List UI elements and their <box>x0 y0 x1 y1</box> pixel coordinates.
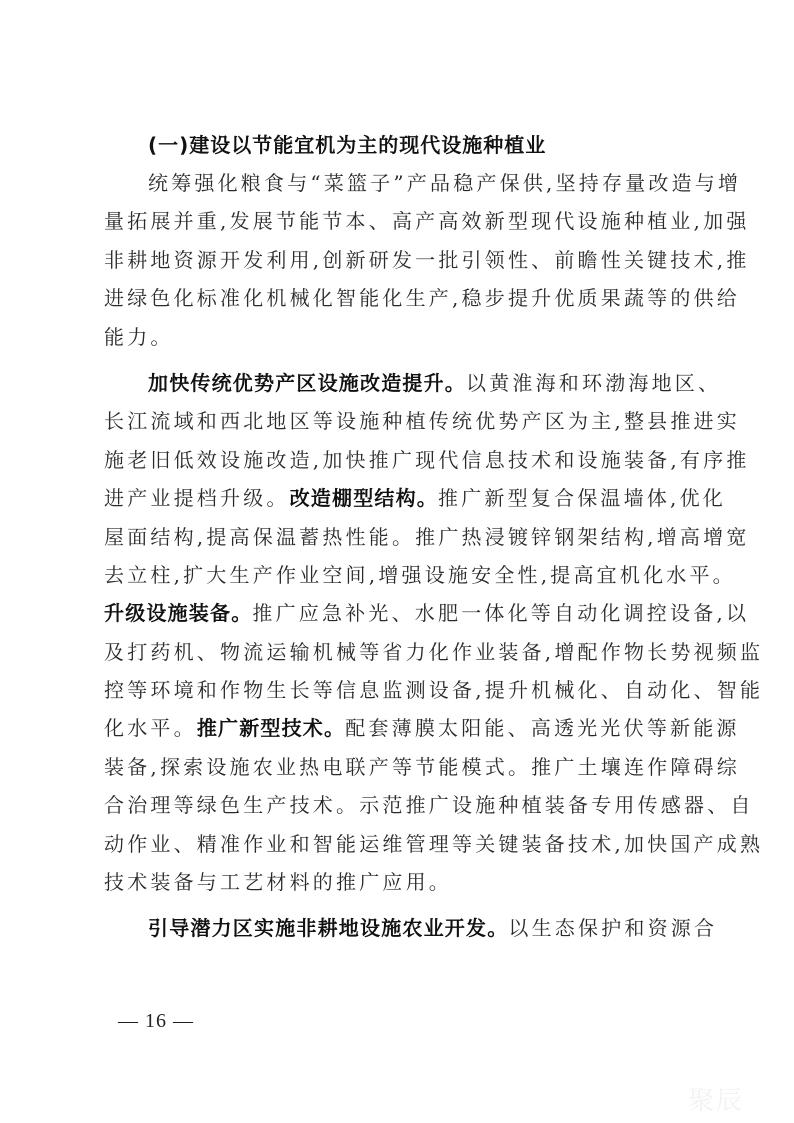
text-line: 非耕地资源开发利用,创新研发一批引领性、前瞻性关键技术,推 <box>104 241 692 279</box>
text-line: 装备,探索设施农业热电联产等节能模式。推广土壤连作障碍综 <box>104 748 692 786</box>
text-segment: 屋面结构,提高保温蓄热性能。推广热浸镀锌钢架结构,增高增宽 <box>104 525 750 549</box>
bold-lead-phrase: 改造棚型结构。 <box>290 486 438 510</box>
text-segment: 进产业提档升级。 <box>104 486 290 510</box>
text-segment: 装备,探索设施农业热电联产等节能模式。推广土壤连作障碍综 <box>104 755 740 779</box>
text-segment: 施老旧低效设施改造,加快推广现代信息技术和设施装备,有序推 <box>104 448 750 472</box>
text-segment: 量拓展并重,发展节能节本、高产高效新型现代设施种植业,加强 <box>104 209 750 233</box>
text-segment: 能力。 <box>104 325 174 349</box>
text-segment: 推广应急补光、水肥一体化等自动化调控设备,以 <box>252 601 749 625</box>
text-segment: 去立柱,扩大生产作业空间,增强设施安全性,提高宜机化水平。 <box>104 563 736 587</box>
text-segment: 化水平。 <box>104 716 197 740</box>
text-segment: 以生态保护和资源合 <box>508 916 717 940</box>
paragraph: 加快传统优势产区设施改造提升。以黄淮海和环渤海地区、长江流域和西北地区等设施种植… <box>104 364 692 901</box>
bold-lead-phrase: 加快传统优势产区设施改造提升。 <box>148 371 466 395</box>
page-number: — 16 — <box>118 1010 194 1033</box>
text-line: 施老旧低效设施改造,加快推广现代信息技术和设施装备,有序推 <box>104 441 692 479</box>
body-text: 统筹强化粮食与“菜篮子”产品稳产保供,坚持存量改造与增量拓展并重,发展节能节本、… <box>104 164 692 948</box>
text-segment: 控等环境和作物生长等信息监测设备,提升机械化、自动化、智能 <box>104 678 763 702</box>
section-heading: (一)建设以节能宜机为主的现代设施种植业 <box>104 126 692 164</box>
text-segment: 以黄淮海和环渤海地区、 <box>466 371 721 395</box>
text-segment: 推广新型复合保温墙体,优化 <box>438 486 726 510</box>
text-line: 控等环境和作物生长等信息监测设备,提升机械化、自动化、智能 <box>104 671 692 709</box>
text-segment: 动作业、精准作业和智能运维管理等关键装备技术,加快国产成熟 <box>104 832 763 856</box>
text-line: 量拓展并重,发展节能节本、高产高效新型现代设施种植业,加强 <box>104 202 692 240</box>
paragraph: 统筹强化粮食与“菜篮子”产品稳产保供,坚持存量改造与增量拓展并重,发展节能节本、… <box>104 164 692 356</box>
text-segment: 非耕地资源开发利用,创新研发一批引领性、前瞻性关键技术,推 <box>104 248 750 272</box>
text-line: 技术装备与工艺材料的推广应用。 <box>104 863 692 901</box>
text-line: 加快传统优势产区设施改造提升。以黄淮海和环渤海地区、 <box>104 364 692 402</box>
text-segment: 及打药机、物流运输机械等省力化作业装备,增配作物长势视频监 <box>104 640 763 664</box>
text-line: 及打药机、物流运输机械等省力化作业装备,增配作物长势视频监 <box>104 633 692 671</box>
text-segment: 配套薄膜太阳能、高透光光伏等新能源 <box>345 716 739 740</box>
text-segment: 统筹强化粮食与“菜篮子”产品稳产保供,坚持存量改造与增 <box>148 171 741 195</box>
text-line: 长江流域和西北地区等设施种植传统优势产区为主,整县推进实 <box>104 402 692 440</box>
text-line: 进绿色化标准化机械化智能化生产,稳步提升优质果蔬等的供给 <box>104 279 692 317</box>
text-segment: 技术装备与工艺材料的推广应用。 <box>104 870 452 894</box>
bold-lead-phrase: 升级设施装备。 <box>104 601 252 625</box>
text-segment: 合治理等绿色生产技术。示范推广设施种植装备专用传感器、自 <box>104 793 754 817</box>
text-line: 进产业提档升级。改造棚型结构。推广新型复合保温墙体,优化 <box>104 479 692 517</box>
text-line: 去立柱,扩大生产作业空间,增强设施安全性,提高宜机化水平。 <box>104 556 692 594</box>
text-line: 动作业、精准作业和智能运维管理等关键装备技术,加快国产成熟 <box>104 825 692 863</box>
paragraph: 引导潜力区实施非耕地设施农业开发。以生态保护和资源合 <box>104 909 692 947</box>
text-line: 化水平。推广新型技术。配套薄膜太阳能、高透光光伏等新能源 <box>104 709 692 747</box>
document-page: (一)建设以节能宜机为主的现代设施种植业 统筹强化粮食与“菜篮子”产品稳产保供,… <box>104 126 692 948</box>
text-line: 合治理等绿色生产技术。示范推广设施种植装备专用传感器、自 <box>104 786 692 824</box>
text-line: 升级设施装备。推广应急补光、水肥一体化等自动化调控设备,以 <box>104 594 692 632</box>
bold-lead-phrase: 引导潜力区实施非耕地设施农业开发。 <box>148 916 508 940</box>
watermark-logo: 聚辰 <box>688 1080 744 1117</box>
text-line: 屋面结构,提高保温蓄热性能。推广热浸镀锌钢架结构,增高增宽 <box>104 518 692 556</box>
text-line: 引导潜力区实施非耕地设施农业开发。以生态保护和资源合 <box>104 909 692 947</box>
text-line: 能力。 <box>104 318 692 356</box>
text-line: 统筹强化粮食与“菜篮子”产品稳产保供,坚持存量改造与增 <box>104 164 692 202</box>
text-segment: 长江流域和西北地区等设施种植传统优势产区为主,整县推进实 <box>104 409 740 433</box>
bold-lead-phrase: 推广新型技术。 <box>197 716 345 740</box>
text-segment: 进绿色化标准化机械化智能化生产,稳步提升优质果蔬等的供给 <box>104 286 740 310</box>
